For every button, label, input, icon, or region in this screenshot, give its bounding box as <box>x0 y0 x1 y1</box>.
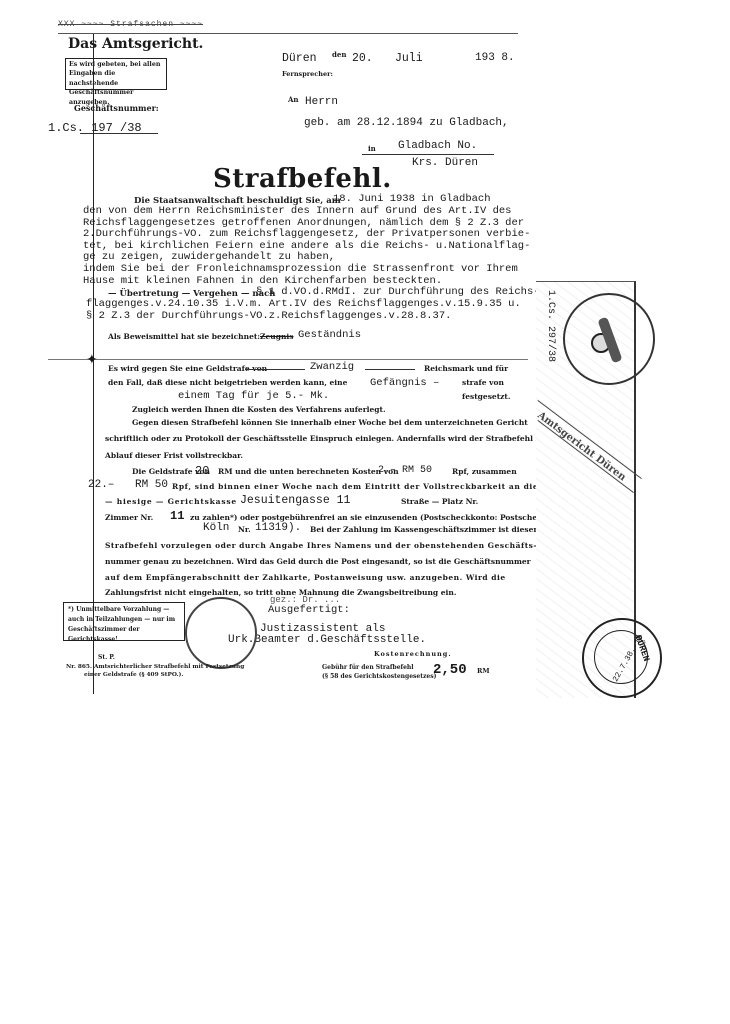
total-label: Rpf, zusammen <box>452 467 517 476</box>
recipient: Herrn <box>305 96 338 108</box>
payment-note: auf dem Empfängerabschnitt der Zahlkarte… <box>105 573 506 582</box>
room-number: 11 <box>170 509 184 523</box>
charge-date-place: 18. Juni 1938 in Gladbach <box>333 194 491 206</box>
post-city: Köln <box>203 522 229 534</box>
document-title: Strafbefehl. <box>213 164 392 194</box>
birth-line: geb. am 28.12.1894 zu Gladbach, <box>304 117 509 129</box>
evidence-struck: Zeugnis <box>260 332 293 341</box>
costs-amount: 2.– RM 50 <box>378 465 432 476</box>
objection-text: Gegen diesen Strafbefehl können Sie inne… <box>132 418 528 427</box>
fine-amount-words: Zwanzig <box>310 362 354 374</box>
in-label: in <box>368 144 376 153</box>
form-code: St. P. <box>98 654 115 661</box>
to-label: An <box>288 95 299 104</box>
penalty-intro: Es wird gegen Sie eine Geldstrafe von <box>108 364 267 373</box>
penalty-currency: Reichsmark und für <box>424 364 508 373</box>
fee-basis: (§ 58 des Gerichtskostengesetzes) <box>322 673 436 680</box>
postal-instruction: zu zahlen*) oder postgebührenfrei an sie… <box>190 513 563 522</box>
post-account: 11319). <box>255 522 301 534</box>
fee-amount: 2,50 <box>433 662 467 678</box>
postmark: 22.7.38.-19 DÜREN <box>582 618 662 698</box>
address-1: Gladbach No. <box>398 140 477 152</box>
eagle-seal <box>563 293 655 385</box>
date-month: Juli <box>395 52 423 65</box>
costs-label: RM und die unten berechneten Kosten von <box>218 467 399 476</box>
payment-note: Bei der Zahlung im Kassengeschäftszimmer… <box>310 525 537 534</box>
fee-label: Gebühr für den Strafbefehl <box>322 664 414 671</box>
clerk-office: Urk.Beamter d.Geschäftsstelle. <box>228 634 426 646</box>
date-day: 20. <box>352 52 373 65</box>
room-label: Zimmer Nr. <box>105 513 153 522</box>
certified-label: Ausgefertigt: <box>268 604 350 616</box>
prison-term: Gefängnis – <box>370 378 439 390</box>
post-nr-label: Nr. <box>238 525 251 534</box>
payment-instruction: Rpf, sind binnen einer Woche nach dem Ei… <box>172 482 538 491</box>
fee-currency: RM <box>477 667 490 675</box>
case-number-label: Geschäftsnummer: <box>74 103 159 113</box>
cashier-street: Jesuitengasse 11 <box>240 494 350 507</box>
prison-rate: einem Tag für je 5.- Mk. <box>178 391 329 403</box>
total-rm: RM 50 <box>135 479 168 491</box>
notice-box: Es wird gebeten, bei allen Eingaben die … <box>65 58 167 90</box>
side-case-number: 1.Cs. 297/38 <box>545 290 556 362</box>
footnote-box: *) Unmittelbare Vorzahlung — auch in Tei… <box>63 602 185 641</box>
charge-text: den von dem Herrn Reichsminister des Inn… <box>83 206 530 287</box>
costs-text: Zugleich werden Ihnen die Kosten des Ver… <box>132 405 386 414</box>
form-description: einer Geldstrafe (§ 409 StPO.). <box>84 672 183 678</box>
court-name: Das Amtsgericht. <box>68 36 203 52</box>
penalty-label: strafe von <box>462 378 504 387</box>
cashier-label: — hiesige — Gerichtskasse <box>105 497 237 506</box>
offense-line: flaggenges.v.24.10.35 i.V.m. Art.IV des … <box>86 299 521 311</box>
offense-line: § 1 d.VO.d.RMdI. zur Durchführung des Re… <box>256 287 540 299</box>
official-seal <box>185 597 257 669</box>
penalty-alt: den Fall, daß diese nicht beigetrieben w… <box>108 378 347 387</box>
offense-line: § 2 Z.3 der Durchführungs-VO.z.Reichsfla… <box>86 311 451 323</box>
objection-text: Ablauf dieser Frist vollstreckbar. <box>105 451 243 460</box>
penalty-fixed: festgesetzt. <box>462 392 511 401</box>
street-label: Straße — Platz Nr. <box>401 497 478 506</box>
evidence-value: Geständnis <box>298 330 361 342</box>
payment-note: Strafbefehl vorzulegen oder durch Angabe… <box>105 541 537 550</box>
payment-note: nummer genau zu bezeichnen. Wird das Gel… <box>105 557 531 566</box>
place: Düren <box>282 52 317 65</box>
date-year: 193 8. <box>475 52 515 64</box>
crossed-header: XXX ~~~~ Strafsachen ~~~~ <box>58 20 203 29</box>
den-label: den <box>332 50 346 59</box>
evidence-label: Als Beweismittel hat sie bezeichnet: <box>108 332 260 341</box>
form-description: Nr. 865. Amtsrichterlicher Strafbefehl m… <box>66 664 244 670</box>
phone-label: Fernsprecher: <box>282 70 333 78</box>
costs-title: Kostenrechnung. <box>374 650 452 658</box>
objection-text: schriftlich oder zu Protokoll der Geschä… <box>105 434 556 443</box>
fine-amount: 20 <box>195 464 209 478</box>
fold-mark: ✦ <box>86 352 98 369</box>
total-amount: 22.– <box>88 479 114 491</box>
address-2: Krs. Düren <box>412 157 478 169</box>
